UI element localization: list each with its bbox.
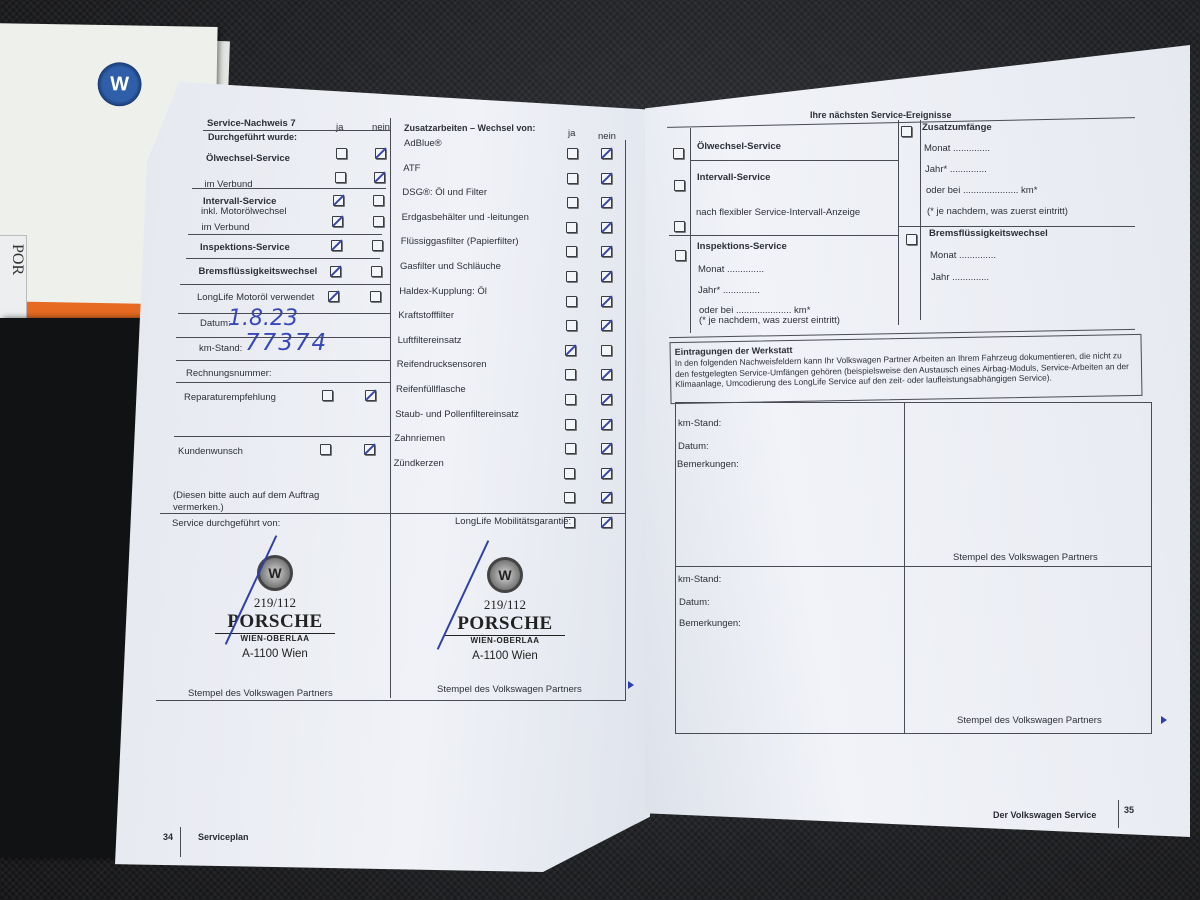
brake-year: Jahr .............. xyxy=(931,272,989,283)
section-title: Service-Nachweis 7 xyxy=(207,118,296,129)
extra-yes-checkbox[interactable] xyxy=(566,320,577,331)
interval-service-checkbox[interactable] xyxy=(674,180,685,191)
inspection-month: Monat .............. xyxy=(698,264,764,275)
service-yes-checkbox[interactable] xyxy=(328,291,339,302)
extra-work-label: Reifendrucksensoren xyxy=(397,359,487,370)
extra-yes-checkbox[interactable] xyxy=(567,173,578,184)
brake-fluid-label: Bremsflüssigkeitswechsel xyxy=(929,228,1048,239)
service-no-checkbox[interactable] xyxy=(374,172,385,183)
vw-logo-icon: W xyxy=(97,62,142,107)
entry2-remarks-label: Bemerkungen: xyxy=(679,618,741,629)
extra-work-label: Zündkerzen xyxy=(394,458,444,469)
service-sublabel: inkl. Motorölwechsel xyxy=(201,206,287,217)
vw-stamp-icon: W xyxy=(487,557,523,593)
customer-yes-checkbox[interactable] xyxy=(320,444,331,455)
extra-yes-checkbox[interactable] xyxy=(565,369,576,380)
extras-year: Jahr* .............. xyxy=(925,164,987,175)
extras-col-yes: ja xyxy=(568,128,575,139)
extra-no-checkbox[interactable] xyxy=(601,369,612,380)
brake-month: Monat .............. xyxy=(930,250,996,261)
extra-yes-checkbox[interactable] xyxy=(566,246,577,257)
repair-label: Reparaturempfehlung xyxy=(184,392,276,403)
customer-no-checkbox[interactable] xyxy=(364,444,375,455)
extras-km: oder bei ..................... km* xyxy=(926,185,1037,196)
workshop-entry-grid xyxy=(675,402,1152,734)
extra-work-label: AdBlue® xyxy=(404,138,442,149)
service-no-checkbox[interactable] xyxy=(373,195,384,206)
next-events-header: Ihre nächsten Service-Ereignisse xyxy=(810,110,952,120)
extra-no-checkbox[interactable] xyxy=(601,419,612,430)
service-yes-checkbox[interactable] xyxy=(331,240,342,251)
stamp-caption-2: Stempel des Volkswagen Partners xyxy=(437,684,582,695)
dealer-stamp-2: W 219/112 PORSCHE WIEN-OBERLAA A-1100 Wi… xyxy=(445,557,565,662)
extra-yes-checkbox[interactable] xyxy=(566,296,577,307)
extras-header: Zusatzarbeiten – Wechsel von: xyxy=(404,123,535,133)
flexible-interval-label: nach flexibler Service-Intervall-Anzeige xyxy=(696,207,860,218)
entry1-km-label: km-Stand: xyxy=(678,418,721,429)
service-no-checkbox[interactable] xyxy=(370,291,381,302)
col-no-label: nein xyxy=(372,122,390,133)
inspection-service-checkbox[interactable] xyxy=(675,250,686,261)
service-label: Ölwechsel-Service xyxy=(206,153,290,164)
service-no-checkbox[interactable] xyxy=(373,216,384,227)
extra-yes-checkbox[interactable] xyxy=(566,271,577,282)
extra-work-label: Reifenfüllflasche xyxy=(396,384,466,395)
extra-work-label: Kraftstofffilter xyxy=(398,310,454,321)
flexible-interval-checkbox[interactable] xyxy=(674,221,685,232)
km-handwritten: 77374 xyxy=(245,330,328,356)
entry1-remarks-label: Bemerkungen: xyxy=(677,459,739,470)
entry2-date-label: Datum: xyxy=(679,597,710,608)
entry2-km-label: km-Stand: xyxy=(678,574,721,585)
extra-work-label: Flüssiggasfilter (Papierfilter) xyxy=(401,236,519,247)
extra-no-checkbox[interactable] xyxy=(601,148,612,159)
extra-work-label: ATF xyxy=(403,163,420,174)
extra-work-label: Gasfilter und Schläuche xyxy=(400,261,501,272)
extra-work-label: Erdgasbehälter und -leitungen xyxy=(402,212,529,223)
workshop-title: Eintragungen der Werkstatt xyxy=(675,345,793,357)
extras-month: Monat .............. xyxy=(924,143,990,154)
repair-no-checkbox[interactable] xyxy=(365,390,376,401)
extras-label: Zusatzumfänge xyxy=(922,122,992,133)
extra-no-checkbox[interactable] xyxy=(601,222,612,233)
entry1-stamp-caption: Stempel des Volkswagen Partners xyxy=(953,552,1098,563)
service-no-checkbox[interactable] xyxy=(375,148,386,159)
km-label: km-Stand: xyxy=(199,343,242,354)
entry1-date-label: Datum: xyxy=(678,441,709,452)
inspection-year: Jahr* .............. xyxy=(698,285,760,296)
inspection-service-label: Inspektions-Service xyxy=(697,241,787,252)
extra-yes-checkbox[interactable] xyxy=(567,148,578,159)
entry2-stamp-caption: Stempel des Volkswagen Partners xyxy=(957,715,1102,726)
extra-no-checkbox[interactable] xyxy=(601,296,612,307)
next-page-arrow-icon xyxy=(1161,716,1167,724)
inspection-whichever: (* je nachdem, was zuerst eintritt) xyxy=(699,315,840,326)
extra-work-label: Luftfiltereinsatz xyxy=(398,335,462,346)
customer-note: (Diesen bitte auch auf dem Auftrag verme… xyxy=(173,490,323,514)
dealer-stamp-1: W 219/112 PORSCHE WIEN-OBERLAA A-1100 Wi… xyxy=(215,555,335,660)
extra-work-label: Haldex-Kupplung: Öl xyxy=(399,286,487,297)
next-page-arrow-icon xyxy=(628,681,634,689)
stamp-caption-1: Stempel des Volkswagen Partners xyxy=(188,688,333,699)
extra-yes-checkbox[interactable] xyxy=(564,468,575,479)
service-yes-checkbox[interactable] xyxy=(336,148,347,159)
brake-fluid-checkbox[interactable] xyxy=(906,234,917,245)
service-label: Inspektions-Service xyxy=(200,242,290,253)
interval-service-label: Intervall-Service xyxy=(697,172,770,183)
date-label: Datum: xyxy=(200,318,231,329)
service-yes-checkbox[interactable] xyxy=(332,216,343,227)
extra-yes-checkbox[interactable] xyxy=(567,197,578,208)
service-yes-checkbox[interactable] xyxy=(330,266,341,277)
extra-yes-checkbox[interactable] xyxy=(566,222,577,233)
service-label: LongLife Motoröl verwendet xyxy=(197,292,314,303)
service-label: im Verbund xyxy=(202,222,250,233)
extra-no-checkbox[interactable] xyxy=(601,468,612,479)
extra-no-checkbox[interactable] xyxy=(601,492,612,503)
footer-title-left: Serviceplan xyxy=(198,832,249,842)
extra-no-checkbox[interactable] xyxy=(601,246,612,257)
oil-service-label: Ölwechsel-Service xyxy=(697,141,781,152)
col-yes-label: ja xyxy=(336,122,343,133)
date-handwritten: 1.8.23 xyxy=(228,306,298,331)
invoice-label: Rechnungsnummer: xyxy=(186,368,272,379)
extra-no-checkbox[interactable] xyxy=(601,443,612,454)
footer-title-right: Der Volkswagen Service xyxy=(993,810,1096,820)
service-yes-checkbox[interactable] xyxy=(335,172,346,183)
performed-header: Durchgeführt wurde: xyxy=(208,132,297,142)
extra-no-checkbox[interactable] xyxy=(601,517,612,528)
extra-work-label: DSG®: Öl und Filter xyxy=(402,187,487,198)
repair-yes-checkbox[interactable] xyxy=(322,390,333,401)
extra-yes-checkbox[interactable] xyxy=(565,394,576,405)
page-number-left: 34 xyxy=(163,832,173,842)
oil-service-checkbox[interactable] xyxy=(673,148,684,159)
service-yes-checkbox[interactable] xyxy=(333,195,344,206)
extra-no-checkbox[interactable] xyxy=(601,320,612,331)
extra-no-checkbox[interactable] xyxy=(601,345,612,356)
workshop-box: Eintragungen der Werkstatt In den folgen… xyxy=(669,334,1142,404)
service-no-checkbox[interactable] xyxy=(372,240,383,251)
mobility-guarantee-label: LongLife Mobilitätsgarantie: xyxy=(455,516,571,527)
page-number-right: 35 xyxy=(1124,805,1134,815)
extra-work-label: Staub- und Pollenfiltereinsatz xyxy=(395,409,519,420)
extra-yes-checkbox[interactable] xyxy=(565,419,576,430)
extra-no-checkbox[interactable] xyxy=(601,394,612,405)
extra-no-checkbox[interactable] xyxy=(601,271,612,282)
extras-checkbox[interactable] xyxy=(901,126,912,137)
service-label: Bremsflüssigkeitswechsel xyxy=(199,266,318,277)
extra-work-label: Zahnriemen xyxy=(394,433,445,444)
extra-yes-checkbox[interactable] xyxy=(565,443,576,454)
extra-no-checkbox[interactable] xyxy=(601,197,612,208)
extra-yes-checkbox[interactable] xyxy=(565,345,576,356)
service-no-checkbox[interactable] xyxy=(371,266,382,277)
extras-whichever: (* je nachdem, was zuerst eintritt) xyxy=(927,206,1068,217)
workshop-text: In den folgenden Nachweisfeldern kann Ih… xyxy=(675,350,1135,390)
extra-no-checkbox[interactable] xyxy=(601,173,612,184)
extra-yes-checkbox[interactable] xyxy=(564,492,575,503)
extras-col-no: nein xyxy=(598,131,616,142)
performed-by-label: Service durchgeführt von: xyxy=(172,518,280,529)
customer-wish-label: Kundenwunsch xyxy=(178,446,243,457)
